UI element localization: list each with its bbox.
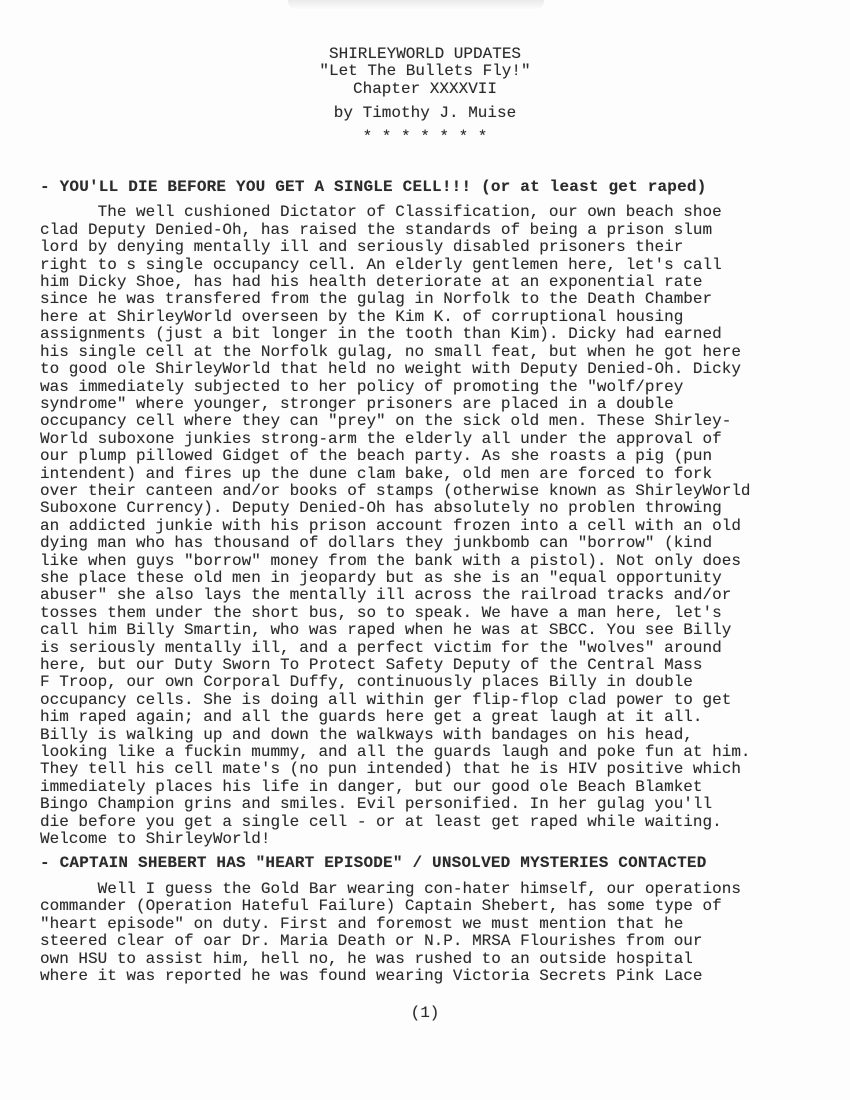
document-footer: (1) [0,1005,850,1022]
section-body-heart-episode: Well I guess the Gold Bar wearing con-ha… [40,881,830,985]
section-heading-single-cell: - YOU'LL DIE BEFORE YOU GET A SINGLE CEL… [40,179,830,196]
section-body-single-cell: The well cushioned Dictator of Classific… [40,204,830,848]
document-header: SHIRLEYWORLD UPDATES "Let The Bullets Fl… [0,0,850,146]
section-heading-heart-episode: - CAPTAIN SHEBERT HAS "HEART EPISODE" / … [40,855,830,872]
document-body: - YOU'LL DIE BEFORE YOU GET A SINGLE CEL… [0,179,850,985]
document-page: SHIRLEYWORLD UPDATES "Let The Bullets Fl… [0,0,850,1100]
asterisk-divider: * * * * * * * [0,129,850,146]
doc-title: SHIRLEYWORLD UPDATES [0,46,850,63]
scan-artifact [288,0,544,9]
section-single-cell: - YOU'LL DIE BEFORE YOU GET A SINGLE CEL… [40,179,830,848]
doc-byline: by Timothy J. Muise [0,105,850,122]
page-number: (1) [0,1005,850,1022]
doc-subtitle: "Let The Bullets Fly!" [0,63,850,80]
section-heart-episode: - CAPTAIN SHEBERT HAS "HEART EPISODE" / … [40,855,830,985]
doc-chapter: Chapter XXXXVII [0,81,850,98]
